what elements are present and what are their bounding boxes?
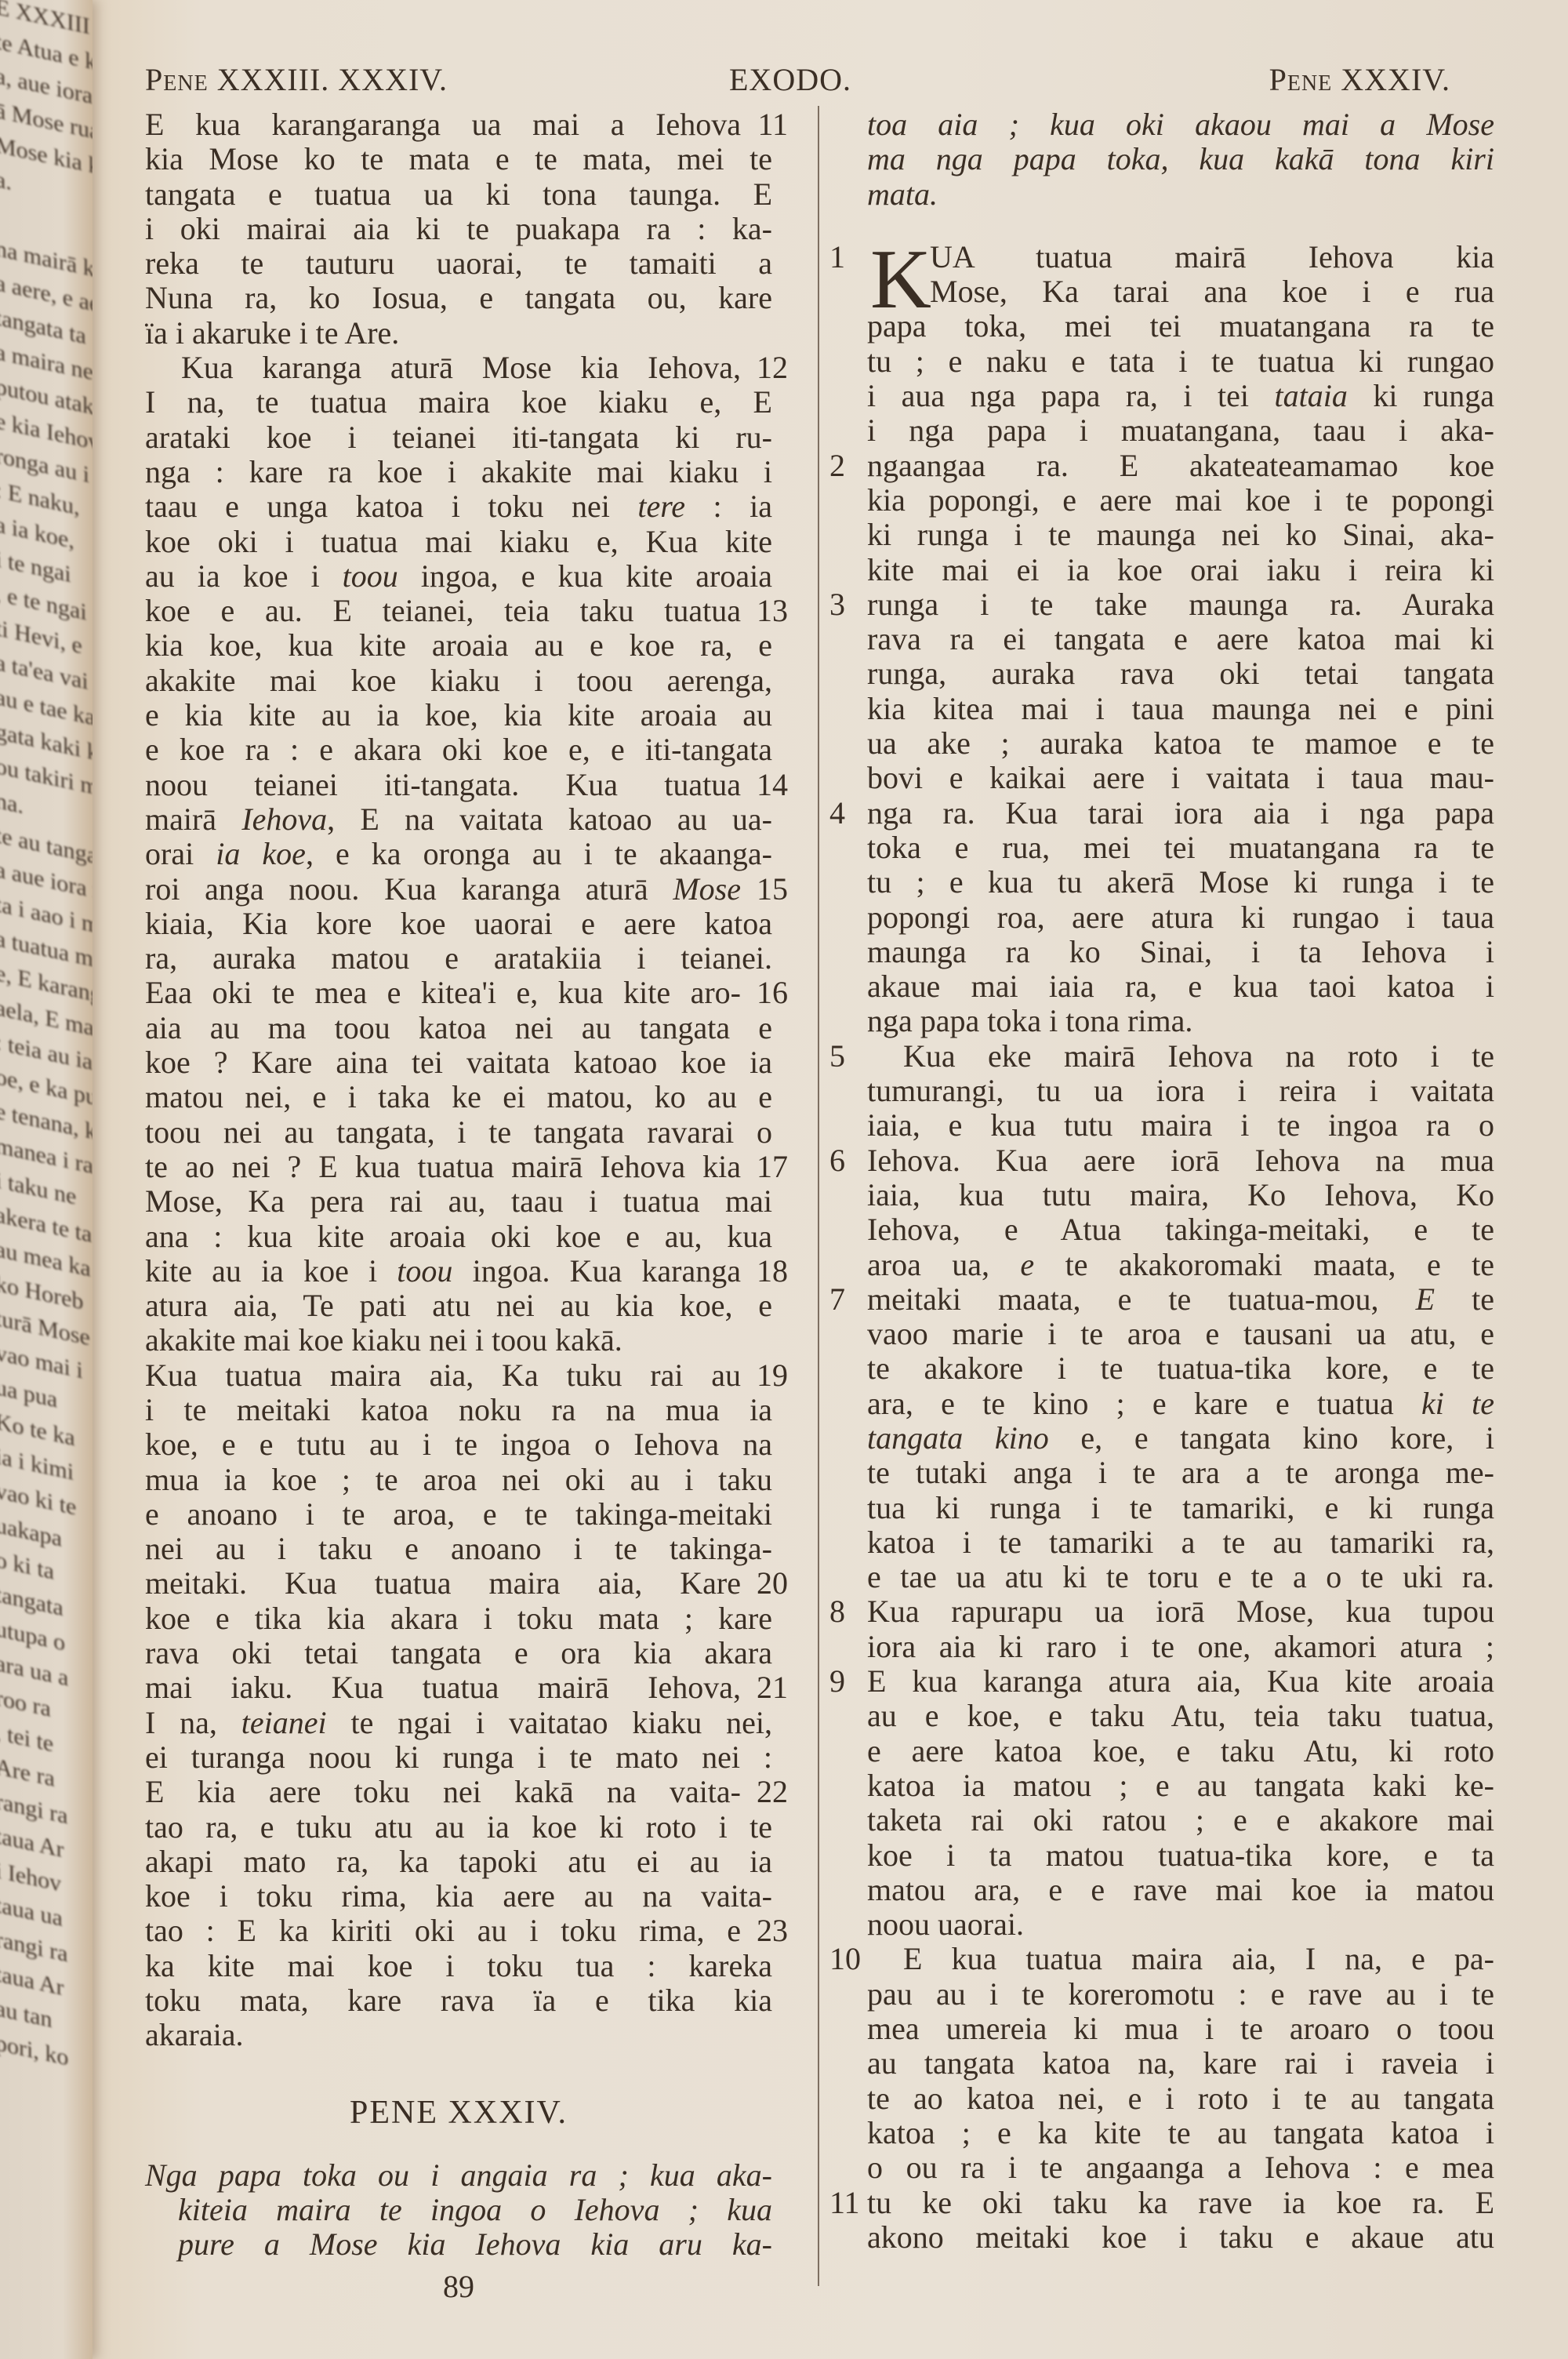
italic-emphasis: Iehova (241, 801, 327, 837)
line-text: matou ara, e e rave mai koe ia matou (867, 1873, 1494, 1907)
line-text: meitaki. Kua tuatua maira aia, Kare (145, 1566, 741, 1601)
verse-number: 20 (750, 1566, 788, 1601)
verse-number: 11 (750, 107, 788, 142)
line-text: ma nga papa toka, kua kakā tona kiri (867, 142, 1494, 176)
previous-page-edge: E XXXIIIte Atua e kaa, aue iora raā Mose… (0, 0, 93, 2359)
verse-number: 2 (829, 449, 861, 483)
text-line: ra, auraka matou e aratakiia i teianei. (145, 941, 788, 976)
line-text: kia Mose ko te mata e te mata, mei te (145, 142, 772, 176)
text-line: koe oki i tuatua mai kiaku e, Kua kite (145, 525, 788, 559)
text-line: toou nei au tangata, i te tangata ravara… (145, 1115, 788, 1150)
line-text: nei au i taku e anoano i te takinga- (145, 1532, 772, 1566)
line-text: i oki mairai aia ki te puakapa ra : ka- (145, 212, 772, 246)
text-line: tu ; e naku e tata i te tuatua ki rungao (829, 344, 1457, 379)
text-line: koe, e e tutu au i te ingoa o Iehova na (145, 1427, 788, 1462)
verse-number: 6 (829, 1143, 861, 1178)
text-line: kia kitea mai i taua maunga nei e pini (829, 692, 1457, 726)
italic-emphasis: tangata kino (867, 1420, 1049, 1456)
line-text: au tangata katoa na, kare rai i raveia i (867, 2046, 1494, 2081)
line-text: iora aia ki raro i te one, akamori atura… (867, 1630, 1494, 1664)
text-line: nei au i taku e anoano i te takinga- (145, 1532, 788, 1566)
text-line: arataki koe i teianei iti-tangata ki ru- (145, 420, 788, 455)
line-text: Iehova. Kua aere iorā Iehova na mua (867, 1143, 1494, 1178)
text-line: o ou ra i te angaanga a Iehova : e mea (829, 2150, 1457, 2185)
italic-emphasis: toou (343, 558, 398, 594)
line-text: i te meitaki katoa noku ra na mua ia (145, 1393, 772, 1427)
verse-number: 16 (750, 976, 788, 1010)
text-line: kite au ia koe i toou ingoa. Kua karanga… (145, 1254, 788, 1289)
text-line: nga : kare ra koe i akakite mai kiaku i (145, 455, 788, 489)
italic-emphasis: toou (397, 1253, 452, 1289)
verse-number: 15 (750, 872, 788, 907)
italic-emphasis: ki te (1421, 1386, 1494, 1421)
line-text: e koe ra : e akara oki koe e, e iti-tang… (145, 732, 772, 767)
text-line: matou ara, e e rave mai koe ia matou (829, 1873, 1457, 1907)
text-line: noou uaorai. (829, 1907, 1457, 1942)
text-line: Iehova, e Atua takinga-meitaki, e te (829, 1212, 1457, 1247)
line-text: mua ia koe ; te aroa nei oki au i taku (145, 1463, 772, 1497)
text-line: akaraia. (145, 2018, 788, 2052)
text-line: te ao katoa nei, e i roto i te au tangat… (829, 2081, 1457, 2116)
line-text: Kua rapurapu ua iorā Mose, kua tupou (867, 1594, 1494, 1629)
line-text: te ao nei ? E kua tuatua mairā Iehova ki… (145, 1150, 741, 1184)
line-text: o ou ra i te angaanga a Iehova : e mea (867, 2150, 1494, 2185)
verse-number: 7 (829, 1282, 861, 1317)
running-head-left-label: Pene (145, 62, 209, 97)
text-line: runga i te take maunga ra. Auraka3 (829, 587, 1457, 622)
text-line: ara, e te kino ; e kare e tuatua ki te (829, 1387, 1457, 1421)
line-text: mai iaku. Kua tuatua mairā Iehova, (145, 1670, 741, 1705)
line-text: taau e unga katoa i toku nei tere : ia (145, 489, 772, 524)
text-line: e kia kite au ia koe, kia kite aroaia au (145, 698, 788, 732)
line-text: I na, te tuatua maira koe kiaku e, E (145, 385, 772, 420)
line-text: ara, e te kino ; e kare e tuatua ki te (867, 1387, 1494, 1421)
text-line: rava oki tetai tangata e ora kia akara (145, 1636, 788, 1670)
line-text: kiaia, Kia kore koe uaorai e aere katoa (145, 907, 772, 941)
running-head: Pene XXXIII. XXXIV. EXODO. Pene XXXIV. (145, 61, 1450, 100)
line-text: e kia kite au ia koe, kia kite aroaia au (145, 698, 772, 732)
line-text: mea umereia ki mua i te aroaro o toou (867, 2012, 1494, 2046)
verse-number: 8 (829, 1594, 861, 1629)
line-text: iaia, e kua tutu maira i te ingoa ra o (867, 1108, 1494, 1143)
verse-number: 13 (750, 594, 788, 628)
text-line: Kua karanga aturā Mose kia Iehova,12 (145, 351, 788, 385)
line-text: nga : kare ra koe i akakite mai kiaku i (145, 455, 772, 489)
line-text: au ia koe i toou ingoa, e kua kite aroai… (145, 559, 772, 594)
line-text: katoa ; e ka kite te au tangata katoa i (867, 2116, 1494, 2150)
line-text: koe oki i tuatua mai kiaku e, Kua kite (145, 525, 772, 559)
line-text: koe e tika kia akara i toku mata ; kare (145, 1601, 772, 1636)
text-line: mai iaku. Kua tuatua mairā Iehova,21 (145, 1670, 788, 1705)
line-text: popongi roa, aere atura ki rungao i taua (867, 900, 1494, 935)
verse-number: 17 (750, 1150, 788, 1184)
text-line: toku mata, kare rava ïa e tika kia (145, 1983, 788, 2018)
text-line: akakite mai koe kiaku i toou aerenga, (145, 663, 788, 698)
line-text: koe, e e tutu au i te ingoa o Iehova na (145, 1427, 772, 1462)
line-text: akakite mai koe kiaku i toou aerenga, (145, 663, 772, 698)
text-line: iaia, kua tutu maira, Ko Iehova, Ko (829, 1178, 1457, 1212)
line-text: katoa i te tamariki a te au tamariki ra, (867, 1525, 1494, 1560)
line-text: tao ra, e tuku atu au ia koe ki roto i t… (145, 1810, 772, 1845)
line-text: atura aia, Te pati atu nei au kia koe, e (145, 1289, 772, 1323)
text-line: Eaa oki te mea e kitea'i e, kua kite aro… (145, 976, 788, 1010)
line-text: nga ra. Kua tarai iora aia i nga papa (867, 796, 1494, 831)
verse-number: 12 (750, 351, 788, 385)
text-line: akono meitaki koe i taku e akaue atu (829, 2220, 1457, 2255)
chapter-summary: Nga papa toka ou i angaia ra ; kua aka-k… (145, 2158, 772, 2262)
line-text: tao : E ka kiriti oki au i toku rima, e (145, 1914, 741, 1948)
text-line: kia Mose ko te mata e te mata, mei te (145, 142, 788, 176)
text-line: katoa ; e ka kite te au tangata katoa i (829, 2116, 1457, 2150)
text-line: i te meitaki katoa noku ra na mua ia (145, 1393, 788, 1427)
line-text: akaue mai iaia ra, e kua taoi katoa i (867, 969, 1494, 1004)
book-page: E XXXIIIte Atua e kaa, aue iora raā Mose… (0, 0, 1568, 2359)
text-line: taau e unga katoa i toku nei tere : ia (145, 489, 788, 524)
text-line: matou nei, e i taka ke ei matou, ko au e (145, 1080, 788, 1114)
line-text: E kia aere toku nei kakā na vaita- (145, 1775, 741, 1809)
text-line: i nga papa i muatangana, taau i aka- (829, 413, 1457, 448)
text-line: koe ? Kare aina tei vaitata katoao koe i… (145, 1045, 788, 1080)
right-column: toa aia ; kua oki akaou mai a Mosema nga… (829, 107, 1457, 2255)
text-line: tangata e tuatua ua ki tona taunga. E (145, 177, 788, 212)
text-line: kia koe, kua kite aroaia au e koe ra, e (145, 628, 788, 663)
line-text: e aere katoa koe, e taku Atu, ki roto (867, 1734, 1494, 1768)
line-text: Mose, Ka pera rai au, taau i tuatua mai (145, 1184, 772, 1219)
text-line: e aere katoa koe, e taku Atu, ki roto (829, 1734, 1457, 1768)
text-line: rava ra ei tangata e aere katoa mai ki (829, 622, 1457, 656)
line-text: toa aia ; kua oki akaou mai a Mose (867, 107, 1494, 142)
line-text: mairā Iehova, E na vaitata katoao au ua- (145, 802, 772, 837)
line-text: toou nei au tangata, i te tangata ravara… (145, 1115, 772, 1150)
running-head-right-label: Pene (1269, 62, 1333, 97)
verse-number: 18 (750, 1254, 788, 1289)
line-text: tangata kino e, e tangata kino kore, i (867, 1421, 1494, 1456)
text-line: akaue mai iaia ra, e kua taoi katoa i (829, 969, 1457, 1004)
line-text: E kua tuatua maira aia, I na, e pa- (867, 1942, 1494, 1976)
text-line: Mose, Ka pera rai au, taau i tuatua mai (145, 1184, 788, 1219)
text-line: Kua tuatua maira aia, Ka tuku rai au19 (145, 1358, 788, 1393)
line-text: i nga papa i muatangana, taau i aka- (867, 413, 1494, 448)
text-line: roi anga noou. Kua karanga aturā Mose15 (145, 872, 788, 907)
text-line: E kua tuatua maira aia, I na, e pa-10 (829, 1942, 1457, 1976)
text-line: UA tuatua mairā Iehova kia1 (829, 240, 1457, 274)
line-text: pau au i te koreromotu : e rave au i te (867, 1977, 1494, 2012)
text-line: i aua nga papa ra, i tei tataia ki runga (829, 379, 1457, 413)
text-line: tua ki runga i te tamariki, e ki runga (829, 1491, 1457, 1525)
line-text: tu ke oki taku ka rave ia koe ra. E (867, 2186, 1494, 2220)
line-text: noou uaorai. (867, 1907, 1494, 1942)
line-text: mata. (867, 177, 1494, 212)
text-line: katoa ia matou ; e au tangata kaki ke- (829, 1768, 1457, 1803)
line-text: I na, teianei te ngai i vaitatao kiaku n… (145, 1706, 772, 1740)
italic-emphasis: Mose (673, 871, 741, 907)
text-line: Kua rapurapu ua iorā Mose, kua tupou8 (829, 1594, 1457, 1629)
line-text: arataki koe i teianei iti-tangata ki ru- (145, 420, 772, 455)
line-text: ki runga i te maunga nei ko Sinai, aka- (867, 518, 1494, 552)
text-line: kite mai ei ia koe orai iaku i reira ki (829, 553, 1457, 587)
line-text: Nuna ra, ko Iosua, e tangata ou, kare (145, 281, 772, 315)
text-line: kia popongi, e aere mai koe i te popongi (829, 483, 1457, 518)
line-text: Iehova, e Atua takinga-meitaki, e te (867, 1212, 1494, 1247)
text-line: akapi mato ra, ka tapoki atu ei au ia (145, 1845, 788, 1879)
text-line: ua ake ; auraka katoa te mamoe e te (829, 726, 1457, 761)
summary-line: pure a Mose kia Iehova kia aru ka- (145, 2227, 772, 2262)
line-text: ngaangaa ra. E akateateamamao koe (867, 449, 1494, 483)
text-line: ki runga i te maunga nei ko Sinai, aka- (829, 518, 1457, 552)
text-line: mata. (829, 177, 1457, 212)
line-text: Kua eke mairā Iehova na roto i te (867, 1039, 1494, 1074)
verse-number: 11 (829, 2186, 861, 2220)
line-text: koe i toku rima, kia aere au na vaita- (145, 1879, 772, 1914)
text-line: ïa i akaruke i te Are. (145, 316, 788, 351)
text-line: E kia aere toku nei kakā na vaita-22 (145, 1775, 788, 1809)
verse-number: 19 (750, 1358, 788, 1393)
line-text: ka kite mai koe i toku tua : kareka (145, 1949, 772, 1983)
text-line: te tutaki anga i te ara a te aronga me- (829, 1456, 1457, 1490)
text-line: papa toka, mei tei muatangana ra te (829, 309, 1457, 343)
text-line: te akakore i te tuatua-tika kore, e te (829, 1351, 1457, 1386)
text-line: Kua eke mairā Iehova na roto i te5 (829, 1039, 1457, 1074)
text-line: mea umereia ki mua i te aroaro o toou (829, 2012, 1457, 2046)
text-line: akakite mai koe kiaku nei i toou kakā. (145, 1323, 788, 1358)
chapter-heading: PENE XXXIV. (145, 2094, 772, 2132)
line-text: tua ki runga i te tamariki, e ki runga (867, 1491, 1494, 1525)
text-line: au ia koe i toou ingoa, e kua kite aroai… (145, 559, 788, 594)
text-line: iora aia ki raro i te one, akamori atura… (829, 1630, 1457, 1664)
text-line: te ao nei ? E kua tuatua mairā Iehova ki… (145, 1150, 788, 1184)
left-column: E kua karangaranga ua mai a Iehova11kia … (145, 107, 788, 2053)
line-text: te ao katoa nei, e i roto i te au tangat… (867, 2081, 1494, 2116)
text-line: noou teianei iti-tangata. Kua tuatua14 (145, 768, 788, 802)
text-line: au e koe, e taku Atu, teia taku tuatua, (829, 1699, 1457, 1733)
line-text: kia kitea mai i taua maunga nei e pini (867, 692, 1494, 726)
line-text: papa toka, mei tei muatangana ra te (867, 309, 1494, 343)
line-text: E kua karanga atura aia, Kua kite aroaia (867, 1664, 1494, 1699)
line-text: tumurangi, tu ua iora i reira i vaitata (867, 1074, 1494, 1108)
text-line: mairā Iehova, E na vaitata katoao au ua- (145, 802, 788, 837)
running-head-left-chapters: XXXIII. XXXIV. (217, 62, 448, 97)
line-text: tangata e tuatua ua ki tona taunga. E (145, 177, 772, 212)
line-text: koe e au. E teianei, teia taku tuatua (145, 594, 741, 628)
text-line: I na, teianei te ngai i vaitatao kiaku n… (145, 1706, 788, 1740)
text-line: tu ; e kua tu akerā Mose ki runga i te (829, 865, 1457, 900)
verse-number: 22 (750, 1775, 788, 1809)
line-text: aroa ua, e te akakoromaki maata, e te (867, 1248, 1494, 1282)
italic-emphasis: E (1416, 1281, 1435, 1317)
text-line: Nuna ra, ko Iosua, e tangata ou, kare (145, 281, 788, 315)
text-line: nga papa toka i tona rima. (829, 1004, 1457, 1038)
text-line: runga, auraka rava oki tetai tangata (829, 656, 1457, 691)
text-line: kiaia, Kia kore koe uaorai e aere katoa (145, 907, 788, 941)
text-line: e koe ra : e akara oki koe e, e iti-tang… (145, 732, 788, 767)
text-line: ana : kua kite aroaia oki koe e au, kua (145, 1219, 788, 1254)
text-line: taketa rai oki ratou ; e e akakore mai (829, 1803, 1457, 1837)
line-text: meitaki maata, e te tuatua-mou, E te (867, 1282, 1494, 1317)
text-line: E kua karanga atura aia, Kua kite aroaia… (829, 1664, 1457, 1699)
line-text: roi anga noou. Kua karanga aturā Mose (145, 872, 741, 907)
line-text: akaraia. (145, 2018, 772, 2052)
line-text: maunga ra ko Sinai, i ta Iehova i (867, 935, 1494, 969)
line-text: kite au ia koe i toou ingoa. Kua karanga (145, 1254, 741, 1289)
chapter-34-text: KUA tuatua mairā Iehova kia1Mose, Ka tar… (829, 240, 1457, 2255)
text-line: popongi roa, aere atura ki rungao i taua (829, 900, 1457, 935)
summary-line: Nga papa toka ou i angaia ra ; kua aka- (145, 2158, 772, 2193)
line-text: taketa rai oki ratou ; e e akakore mai (867, 1803, 1494, 1837)
text-line: e anoano i te aroa, e te takinga-meitaki (145, 1497, 788, 1532)
text-line: nga ra. Kua tarai iora aia i nga papa4 (829, 796, 1457, 831)
text-line: ma nga papa toka, kua kakā tona kiri (829, 142, 1457, 176)
line-text: te akakore i te tuatua-tika kore, e te (867, 1351, 1494, 1386)
text-line: Mose, Ka tarai ana koe i e rua (829, 274, 1457, 309)
line-text: Kua karanga aturā Mose kia Iehova, (145, 351, 741, 385)
line-text: ra, auraka matou e aratakiia i teianei. (145, 941, 772, 976)
summary-line: kiteia maira te ingoa o Iehova ; kua (145, 2193, 772, 2227)
text-line: iaia, e kua tutu maira i te ingoa ra o (829, 1108, 1457, 1143)
line-text: ana : kua kite aroaia oki koe e au, kua (145, 1219, 772, 1254)
line-text: tu ; e naku e tata i te tuatua ki rungao (867, 344, 1494, 379)
book-title: EXODO. (729, 61, 851, 98)
verse-number: 23 (750, 1914, 788, 1948)
running-head-right: Pene XXXIV. (1269, 61, 1450, 98)
line-text: ïa i akaruke i te Are. (145, 316, 772, 351)
line-text: i aua nga papa ra, i tei tataia ki runga (867, 379, 1494, 413)
line-text: Kua tuatua maira aia, Ka tuku rai au (145, 1358, 741, 1393)
column-divider (818, 106, 819, 2286)
verse-number: 5 (829, 1039, 861, 1074)
text-line: ngaangaa ra. E akateateamamao koe2 (829, 449, 1457, 483)
line-text: katoa ia matou ; e au tangata kaki ke- (867, 1768, 1494, 1803)
text-line: mua ia koe ; te aroa nei oki au i taku (145, 1463, 788, 1497)
text-line: toa aia ; kua oki akaou mai a Mose (829, 107, 1457, 142)
line-text: rava ra ei tangata e aere katoa mai ki (867, 622, 1494, 656)
text-line: ka kite mai koe i toku tua : kareka (145, 1949, 788, 1983)
text-line: e tae ua atu ki te toru e te a o te uki … (829, 1560, 1457, 1594)
line-text: rava oki tetai tangata e ora kia akara (145, 1636, 772, 1670)
text-line: I na, te tuatua maira koe kiaku e, E (145, 385, 788, 420)
page-number: 89 (145, 2268, 772, 2305)
verse-number: 21 (750, 1670, 788, 1705)
line-text: Mose, Ka tarai ana koe i e rua (867, 274, 1494, 309)
line-text: ei turanga noou ki runga i te mato nei : (145, 1740, 772, 1775)
line-text: nga papa toka i tona rima. (867, 1004, 1494, 1038)
text-line: i oki mairai aia ki te puakapa ra : ka- (145, 212, 788, 246)
verse-number: 1 (829, 240, 861, 274)
verse-number: 3 (829, 587, 861, 622)
running-head-right-chapters: XXXIV. (1341, 62, 1450, 97)
line-text: E kua karangaranga ua mai a Iehova (145, 107, 741, 142)
text-line: tu ke oki taku ka rave ia koe ra. E11 (829, 2186, 1457, 2220)
line-text: vaoo marie i te aroa e tausani ua atu, e (867, 1317, 1494, 1351)
line-text: au e koe, e taku Atu, teia taku tuatua, (867, 1699, 1494, 1733)
text-line: koe i ta matou tuatua-tika kore, e ta (829, 1838, 1457, 1873)
text-line: tao : E ka kiriti oki au i toku rima, e2… (145, 1914, 788, 1948)
text-line: koe i toku rima, kia aere au na vaita- (145, 1879, 788, 1914)
text-line: meitaki maata, e te tuatua-mou, E te7 (829, 1282, 1457, 1317)
text-line: maunga ra ko Sinai, i ta Iehova i (829, 935, 1457, 969)
text-line: ei turanga noou ki runga i te mato nei : (145, 1740, 788, 1775)
text-line: katoa i te tamariki a te au tamariki ra, (829, 1525, 1457, 1560)
line-text: reka te tauturu uaorai, te tamaiti a (145, 246, 772, 281)
line-text: kite mai ei ia koe orai iaku i reira ki (867, 553, 1494, 587)
text-line: aroa ua, e te akakoromaki maata, e te (829, 1248, 1457, 1282)
line-text: matou nei, e i taka ke ei matou, ko au e (145, 1080, 772, 1114)
line-text: e anoano i te aroa, e te takinga-meitaki (145, 1497, 772, 1532)
verse-number: 10 (829, 1942, 861, 1976)
italic-emphasis: tere (637, 489, 685, 524)
line-text: akakite mai koe kiaku nei i toou kakā. (145, 1323, 772, 1358)
line-text: te tutaki anga i te ara a te aronga me- (867, 1456, 1494, 1490)
text-line: toka e rua, mei tei muatangana ra te (829, 831, 1457, 865)
text-line: orai ia koe, e ka oronga au i te akaanga… (145, 837, 788, 871)
line-text: bovi e kaikai aere i vaitata i taua mau- (867, 761, 1494, 795)
line-text: koe i ta matou tuatua-tika kore, e ta (867, 1838, 1494, 1873)
text-line: aia au ma toou katoa nei au tangata e (145, 1011, 788, 1045)
line-text: noou teianei iti-tangata. Kua tuatua (145, 768, 741, 802)
text-line: bovi e kaikai aere i vaitata i taua mau- (829, 761, 1457, 795)
italic-emphasis: tataia (1274, 378, 1347, 413)
line-text: orai ia koe, e ka oronga au i te akaanga… (145, 837, 772, 871)
text-line: tangata kino e, e tangata kino kore, i (829, 1421, 1457, 1456)
line-text: runga, auraka rava oki tetai tangata (867, 656, 1494, 691)
text-line: koe e tika kia akara i toku mata ; kare (145, 1601, 788, 1636)
running-head-left: Pene XXXIII. XXXIV. (145, 61, 448, 98)
line-text: Eaa oki te mea e kitea'i e, kua kite aro… (145, 976, 741, 1010)
line-text: ua ake ; auraka katoa te mamoe e te (867, 726, 1494, 761)
line-text: akono meitaki koe i taku e akaue atu (867, 2220, 1494, 2255)
text-line: meitaki. Kua tuatua maira aia, Kare20 (145, 1566, 788, 1601)
text-line: tao ra, e tuku atu au ia koe ki roto i t… (145, 1810, 788, 1845)
line-text: iaia, kua tutu maira, Ko Iehova, Ko (867, 1178, 1494, 1212)
line-text: kia popongi, e aere mai koe i te popongi (867, 483, 1494, 518)
text-line: pau au i te koreromotu : e rave au i te (829, 1977, 1457, 2012)
line-text: toka e rua, mei tei muatangana ra te (867, 831, 1494, 865)
text-line: reka te tauturu uaorai, te tamaiti a (145, 246, 788, 281)
line-text: runga i te take maunga ra. Auraka (867, 587, 1494, 622)
verse-number: 9 (829, 1664, 861, 1699)
line-text: toku mata, kare rava ïa e tika kia (145, 1983, 772, 2018)
text-line: koe e au. E teianei, teia taku tuatua13 (145, 594, 788, 628)
text-line: vaoo marie i te aroa e tausani ua atu, e (829, 1317, 1457, 1351)
line-text: kia koe, kua kite aroaia au e koe ra, e (145, 628, 772, 663)
text-line: atura aia, Te pati atu nei au kia koe, e (145, 1289, 788, 1323)
text-line: Iehova. Kua aere iorā Iehova na mua6 (829, 1143, 1457, 1178)
line-text: e tae ua atu ki te toru e te a o te uki … (867, 1560, 1494, 1594)
line-text: UA tuatua mairā Iehova kia (867, 240, 1494, 274)
text-line: E kua karangaranga ua mai a Iehova11 (145, 107, 788, 142)
italic-emphasis: e (1020, 1247, 1034, 1282)
italic-emphasis: ia koe (216, 836, 306, 871)
italic-emphasis: teianei (241, 1705, 327, 1740)
line-text: akapi mato ra, ka tapoki atu ei au ia (145, 1845, 772, 1879)
verse-number: 4 (829, 796, 861, 831)
text-line: tumurangi, tu ua iora i reira i vaitata (829, 1074, 1457, 1108)
line-text: aia au ma toou katoa nei au tangata e (145, 1011, 772, 1045)
line-text: tu ; e kua tu akerā Mose ki runga i te (867, 865, 1494, 900)
text-line: au tangata katoa na, kare rai i raveia i (829, 2046, 1457, 2081)
line-text: koe ? Kare aina tei vaitata katoao koe i… (145, 1045, 772, 1080)
verse-number: 14 (750, 768, 788, 802)
